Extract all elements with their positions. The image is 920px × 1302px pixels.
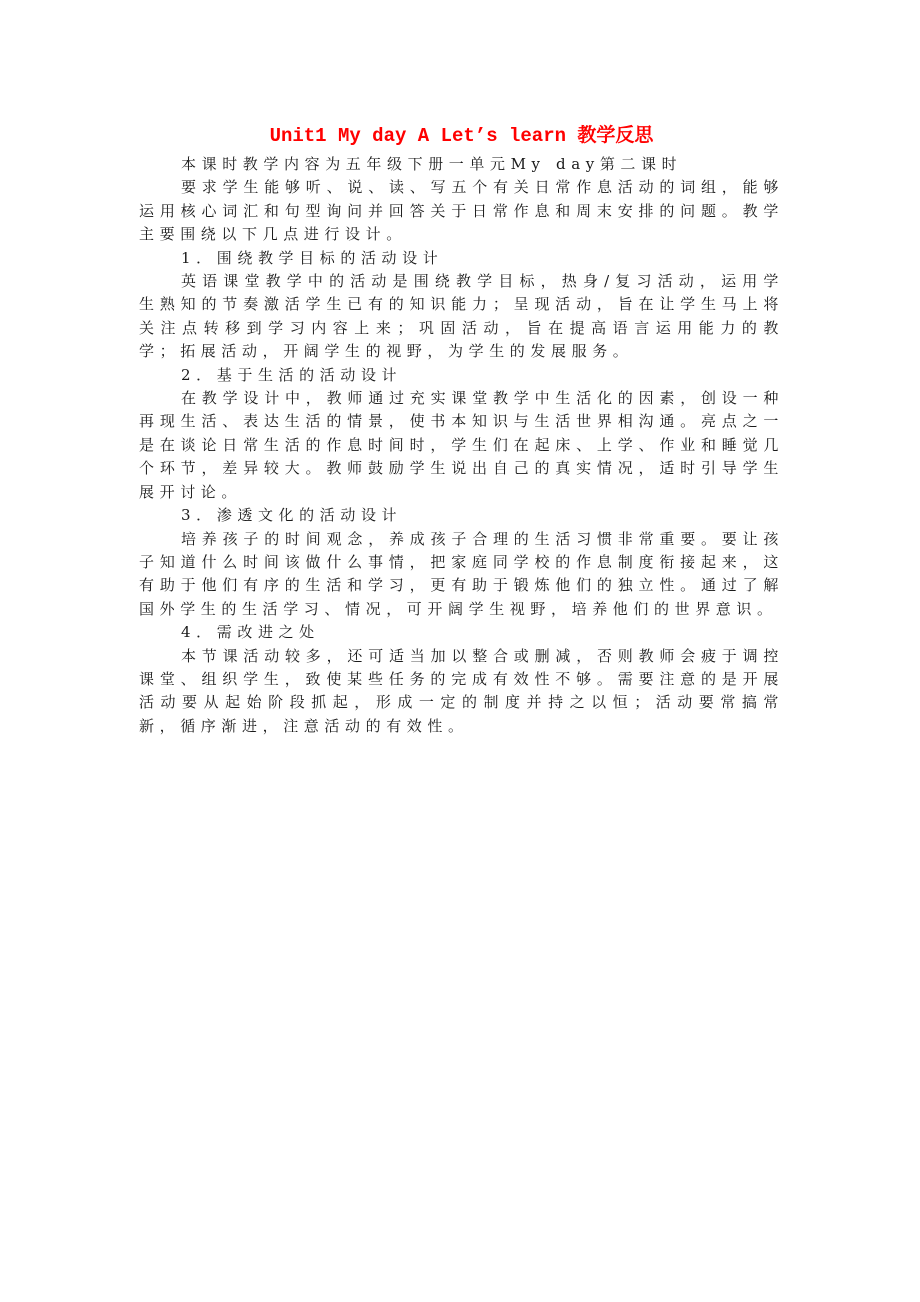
title-chinese: 教学反思 [577,124,653,146]
intro-paragraph: 要求学生能够听、说、读、写五个有关日常作息活动的词组，能够运用核心词汇和句型询问… [139,176,784,246]
title-english: Unit1 My day A Let’s learn [270,125,578,147]
body-paragraph: 英语课堂教学中的活动是围绕教学目标，热身/复习活动，运用学生熟知的节奏激活学生已… [139,270,784,364]
section-heading: 4．需改进之处 [139,621,784,644]
body-paragraph: 本节课活动较多，还可适当加以整合或删减，否则教师会疲于调控课堂、组织学生，致使某… [139,645,784,739]
section-heading: 2．基于生活的活动设计 [139,364,784,387]
document-page: Unit1 My day A Let’s learn 教学反思 本课时教学内容为… [139,120,784,738]
body-paragraph: 在教学设计中，教师通过充实课堂教学中生活化的因素，创设一种再现生活、表达生活的情… [139,387,784,504]
intro-paragraph: 本课时教学内容为五年级下册一单元My day第二课时 [139,153,784,176]
section-heading: 3．渗透文化的活动设计 [139,504,784,527]
body-paragraph: 培养孩子的时间观念，养成孩子合理的生活习惯非常重要。要让孩子知道什么时间该做什么… [139,528,784,622]
section-heading: 1．围绕教学目标的活动设计 [139,247,784,270]
document-title: Unit1 My day A Let’s learn 教学反思 [139,120,784,151]
